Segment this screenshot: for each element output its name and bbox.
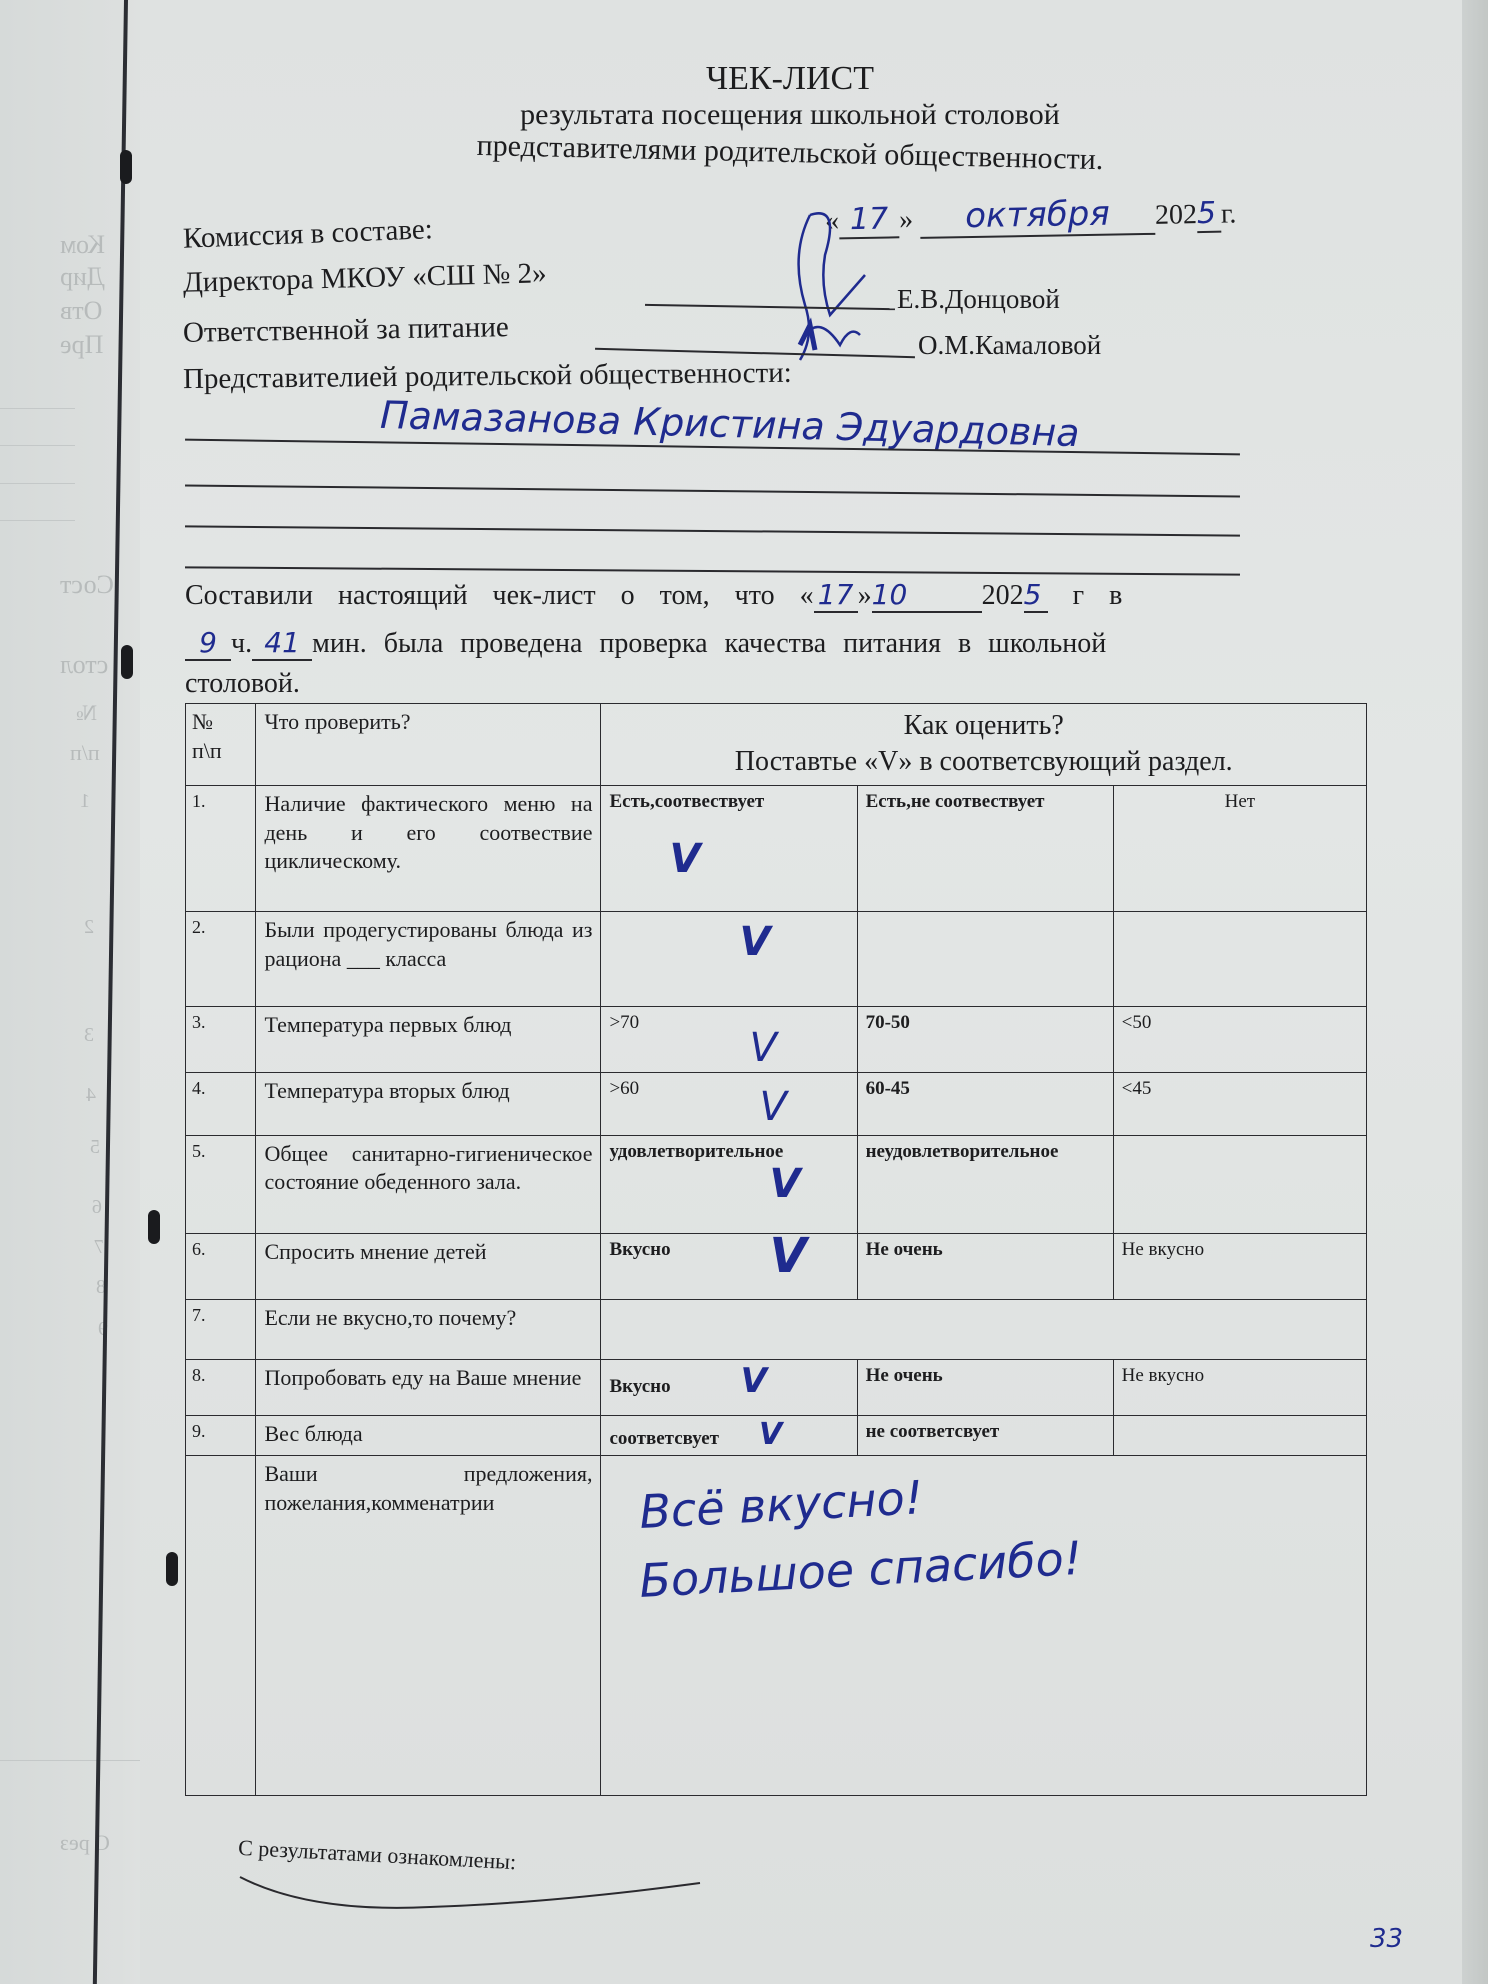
statement-line-2: 9ч.41мин. была проведена проверка качест… [185, 626, 1355, 661]
ghost-text: Ком [60, 230, 105, 260]
parents-label: Представителией родительской общественно… [183, 357, 792, 396]
option-cell[interactable]: <50 [1113, 1007, 1366, 1073]
table-row: 7. Если не вкусно,то почему? [186, 1299, 1367, 1359]
date-year-field[interactable]: 5 [1197, 196, 1222, 233]
option-cell[interactable]: Нет [1113, 786, 1366, 912]
ghost-text: 2 [84, 916, 94, 939]
comments-row: Ваши предложения, пожелания,комменатрии … [186, 1456, 1367, 1796]
check-mark-icon: V [759, 1417, 782, 1452]
option-cell[interactable]: удовлетворительноеV [601, 1135, 857, 1233]
ghost-text: 1 [80, 790, 90, 813]
date-month-field[interactable]: октября [920, 193, 1156, 239]
statement-line-1: Составили настоящий чек-лист о том, что … [185, 578, 1355, 613]
ghost-text: Дир [60, 262, 105, 292]
ghost-text: Сост [60, 570, 114, 600]
ghost-text: 5 [90, 1136, 100, 1159]
binder-ring [166, 1552, 178, 1586]
table-header-row: № п\п Что проверить? Как оценить? Постав… [186, 704, 1367, 786]
option-cell[interactable]: 70-50 [857, 1007, 1113, 1073]
option-cell[interactable]: соответсвуетV [601, 1415, 857, 1456]
option-cell[interactable]: неудовлетворительное [857, 1135, 1113, 1233]
table-row: 5. Общее санитарно-гигиеническое состоян… [186, 1135, 1367, 1233]
nutrition-label: Ответственной за питание [183, 311, 509, 350]
check-mark-icon: V [739, 922, 848, 962]
acknowledged-signature-line[interactable] [230, 1875, 710, 1915]
option-cell[interactable] [857, 912, 1113, 1007]
table-row: 2. Были продегустированы блюда из рацион… [186, 912, 1367, 1007]
binder-ring [148, 1210, 160, 1244]
ghost-text: Отв [60, 296, 102, 326]
ghost-text: 7 [94, 1236, 104, 1259]
option-cell[interactable]: <45 [1113, 1072, 1366, 1135]
document-title: ЧЕК-ЛИСТ [140, 60, 1440, 98]
table-row: 8. Попробовать еду на Ваше мнение Вкусно… [186, 1359, 1367, 1415]
statement-minute-field[interactable]: 41 [252, 626, 312, 661]
option-cell[interactable]: 60-45 [857, 1072, 1113, 1135]
option-cell[interactable]: V [601, 912, 857, 1007]
checklist-table: № п\п Что проверить? Как оценить? Постав… [185, 703, 1367, 1796]
statement-hour-field[interactable]: 9 [185, 626, 231, 661]
option-cell[interactable]: не соответсвует [857, 1415, 1113, 1456]
option-cell[interactable]: Не вкусно [1113, 1359, 1366, 1415]
option-cell[interactable]: >60V [601, 1072, 857, 1135]
statement-day-field[interactable]: 17 [814, 578, 858, 613]
option-cell[interactable]: Есть,соотвествуетV [601, 786, 857, 912]
ghost-text: 3 [84, 1024, 94, 1047]
option-cell[interactable] [1113, 912, 1366, 1007]
check-mark-icon: V [759, 1087, 848, 1127]
statement-year-field[interactable]: 5 [1024, 578, 1048, 613]
ghost-text: Пре [60, 330, 103, 360]
page-edge [1462, 0, 1488, 1984]
option-cell[interactable]: Есть,не соотвествует [857, 786, 1113, 912]
table-row: 4. Температура вторых блюд >60V 60-45 <4… [186, 1072, 1367, 1135]
signature-icon [770, 195, 890, 365]
binder-ring [121, 645, 133, 679]
header-what: Что проверить? [256, 704, 601, 786]
check-mark-icon: V [769, 1232, 848, 1280]
ghost-text: № [76, 700, 97, 726]
table-row: 6. Спросить мнение детей ВкусноV Не очен… [186, 1233, 1367, 1299]
nutrition-name: О.М.Камаловой [918, 330, 1101, 361]
option-cell[interactable]: Не очень [857, 1233, 1113, 1299]
option-cell[interactable]: >70V [601, 1007, 857, 1073]
header-num: № п\п [186, 704, 256, 786]
check-mark-icon: V [769, 1164, 848, 1204]
binder-ring [120, 150, 132, 184]
option-cell[interactable] [1113, 1135, 1366, 1233]
director-name: Е.В.Донцовой [897, 284, 1060, 315]
check-mark-icon: V [741, 1361, 767, 1401]
ghost-text: стол [60, 650, 108, 680]
option-cell[interactable]: Не очень [857, 1359, 1113, 1415]
option-cell[interactable]: ВкусноV [601, 1233, 857, 1299]
option-cell[interactable]: Не вкусно [1113, 1233, 1366, 1299]
option-cell[interactable]: ВкусноV [601, 1359, 857, 1415]
table-row: 1. Наличие фактического меню на день и е… [186, 786, 1367, 912]
check-mark-icon: V [749, 1028, 848, 1068]
statement-line-3: столовой. [185, 668, 300, 700]
ghost-text: С рез [60, 1830, 110, 1856]
comments-field[interactable]: Всё вкусно! Большое спасибо! [601, 1456, 1367, 1796]
header-how: Как оценить? Поставтье «V» в соответсвую… [601, 704, 1367, 786]
ghost-text: 4 [86, 1084, 96, 1107]
table-row: 3. Температура первых блюд >70V 70-50 <5… [186, 1007, 1367, 1073]
check-mark-icon: V [669, 839, 848, 879]
page-number: 33 [1370, 1924, 1403, 1954]
ghost-text: п/п [70, 740, 100, 766]
statement-month-field[interactable]: 10 [872, 578, 982, 613]
ghost-text: 6 [92, 1196, 102, 1219]
reason-field[interactable] [601, 1299, 1367, 1359]
